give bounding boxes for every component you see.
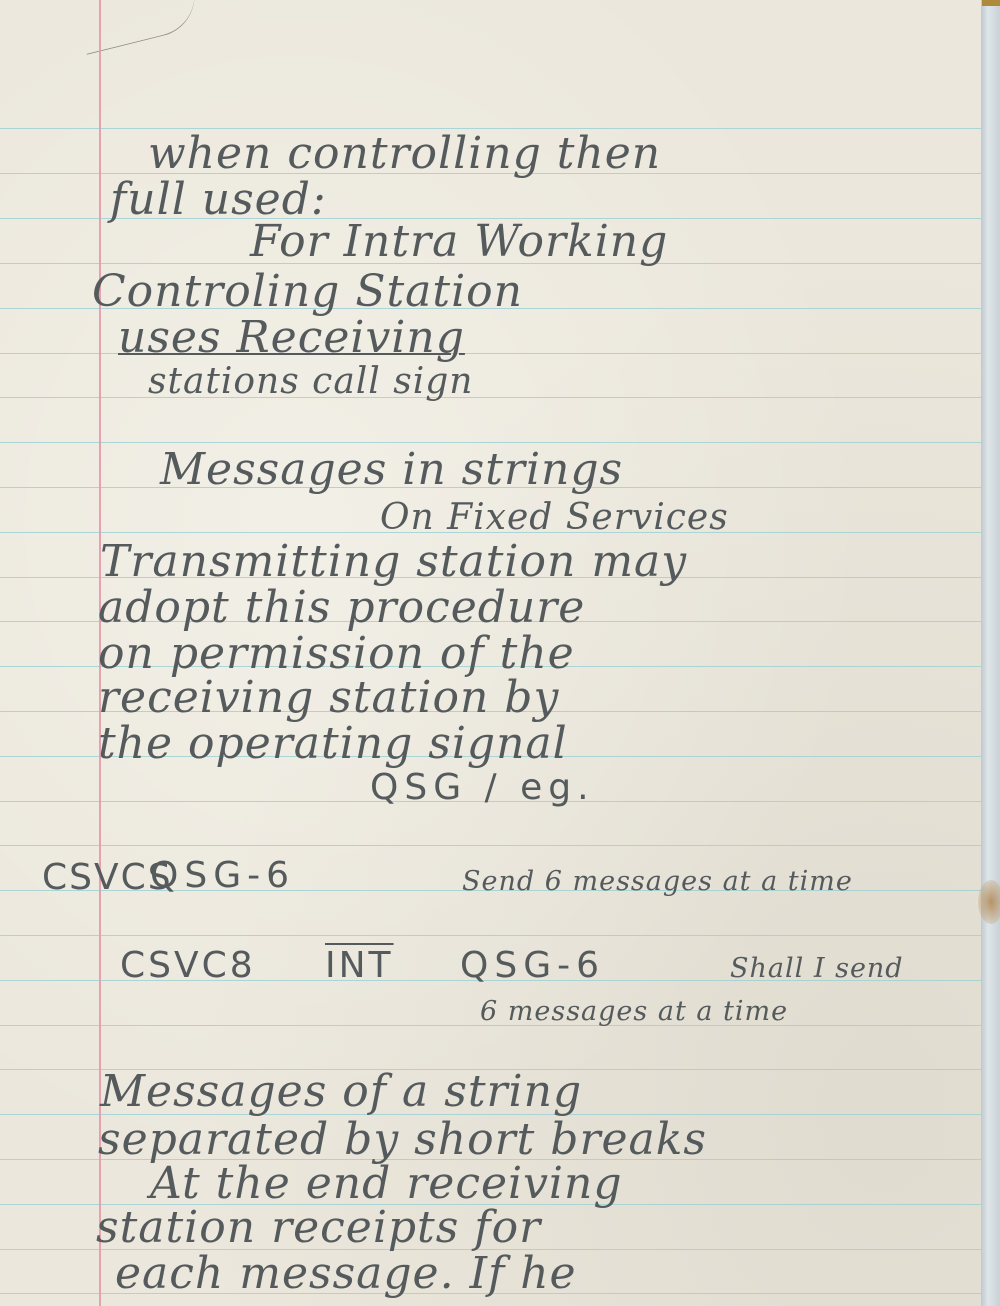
handwritten-line: adopt this procedure [98,586,585,630]
section-heading: Messages in strings [160,448,623,492]
signal-example: QSG / eg. [370,770,595,806]
handwritten-line: Controling Station [92,270,523,314]
signal-code: QSG-6 [150,858,295,894]
ruled-line [0,442,981,443]
int-prefix: INT [325,948,394,984]
call-sign: CSVC8 [120,948,256,984]
water-stain [978,880,1000,924]
handwritten-line: Messages of a string [100,1070,582,1114]
notebook-page: when controlling then full used: For Int… [0,0,981,1306]
handwritten-line: the operating signal [98,722,568,766]
handwritten-line: when controlling then [148,132,661,176]
signal-code: QSG-6 [460,948,605,984]
stray-pencil-stroke [77,0,203,55]
subheading: On Fixed Services [380,500,729,536]
handwritten-line: station receipts for [96,1206,541,1250]
next-page-edge [980,0,1000,1306]
signal-meaning: Send 6 messages at a time [462,868,853,895]
handwritten-line: Transmitting station may [100,540,687,584]
handwritten-line: uses Receiving [118,316,465,360]
signal-meaning-cont: 6 messages at a time [480,998,788,1025]
page-edge-tab [982,0,1000,6]
handwritten-line: For Intra Working [250,220,668,264]
handwritten-line: each message. If he [115,1252,577,1296]
handwritten-line: separated by short breaks [98,1118,707,1162]
handwritten-line: on permission of the [98,632,575,676]
ruled-line [0,935,981,936]
signal-meaning: Shall I send [730,955,904,982]
ruled-line [0,845,981,846]
handwritten-line: stations call sign [148,364,473,400]
handwritten-line: At the end receiving [150,1162,623,1206]
handwritten-line: receiving station by [98,676,559,720]
